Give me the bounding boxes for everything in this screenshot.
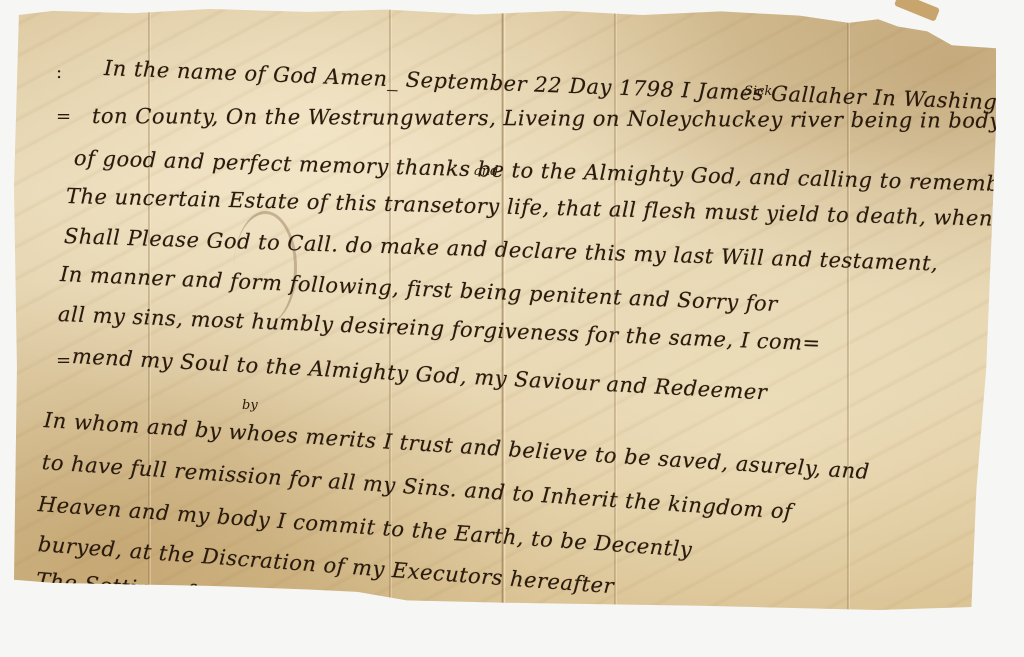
fold-crease	[501, 6, 506, 610]
manuscript-line: ton County, On the Westrungwaters, Livei…	[92, 104, 1024, 133]
interlinear-insertion: by	[242, 398, 258, 413]
torn-paper-corner	[894, 0, 940, 22]
manuscript-line: mend my Soul to the Almighty God, my Sav…	[71, 344, 768, 404]
margin-mark: =	[56, 350, 71, 371]
ink-stain	[234, 211, 297, 324]
interlinear-insertion: and	[474, 164, 498, 179]
margin-mark: :	[56, 62, 62, 83]
interlinear-insertion: Sick	[744, 84, 772, 99]
margin-mark: =	[56, 106, 71, 127]
scan-background: : = = In the name of God Amen_ September…	[0, 0, 1024, 657]
manuscript-page: : = = In the name of God Amen_ September…	[14, 6, 996, 610]
manuscript-line: The Setting of my Te...	[35, 568, 289, 612]
